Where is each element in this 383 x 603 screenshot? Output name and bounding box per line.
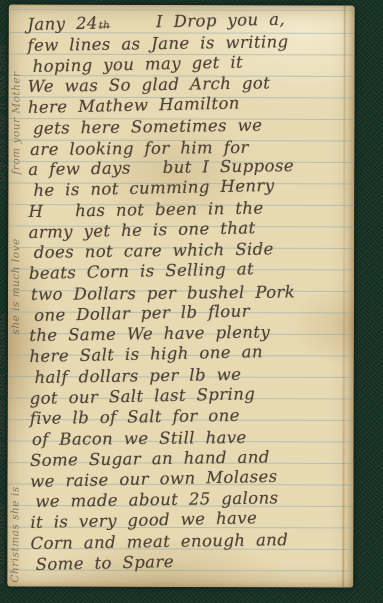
letter-body: Jany 24th I Drop you a, few lines as Jan… [27,13,351,575]
letter-paper: Lucy has one it was born from your Mothe… [7,5,355,588]
letter-line: five lb of Salt for one [30,404,351,430]
margin-note: we have there [0,503,8,585]
opening-phrase: I Drop you a, [156,10,285,33]
date-gap [110,27,156,28]
letter-date: Jany 24 [27,14,98,36]
margin-note: Christmas she is [8,486,22,582]
margin-note: the babies that cant walk [0,312,9,459]
date-ordinal-suffix: th [99,26,110,27]
margin-note: from your Mother [9,71,23,174]
margin-note: she is much love [9,238,23,334]
margin-note: Lucy has one it was born [0,45,10,190]
photo-background: Lucy has one it was born from your Mothe… [0,0,383,603]
letter-line: gets here Sometimes we [33,114,349,139]
